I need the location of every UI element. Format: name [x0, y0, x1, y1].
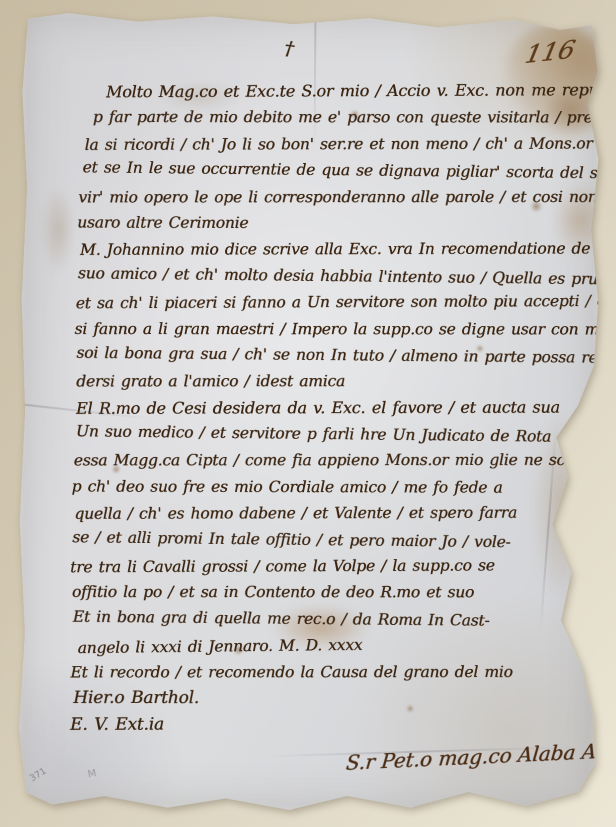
letter-line-5: vir' mio opero le ope li corresponderann…	[78, 184, 597, 211]
letter-line-22: angelo li xxxi di Jennaro. M. D. xxxx	[77, 629, 594, 661]
cross-mark: †	[283, 37, 295, 60]
letter-line-7: M. Johannino mio dice scrive alla Exc. v…	[80, 236, 597, 264]
letter-line-2: p far parte de mio debito me e' parso co…	[93, 104, 598, 131]
manuscript-page: † 116 Molto Mag.co et Exc.te S.or mio / …	[18, 12, 601, 812]
paper-shadow-wrap: † 116 Molto Mag.co et Exc.te S.or mio / …	[18, 12, 601, 812]
letter-line-13: El R.mo de Cesi desidera da v. Exc. el f…	[76, 394, 596, 422]
letter-line-15: essa Magg.ca Cipta / come fia appieno Mo…	[74, 447, 596, 474]
letter-line-20: offitio la po / et sa in Contento de deo…	[72, 579, 595, 606]
letter-line-25: E. V. Ext.ia	[70, 711, 594, 739]
letter-line-19: tre tra li Cavalli grossi / come la Volp…	[70, 552, 595, 581]
photo-background: † 116 Molto Mag.co et Exc.te S.or mio / …	[0, 0, 616, 827]
letter-line-11: soi la bona gra sua / ch' se non In tuto…	[76, 340, 596, 371]
letter-line-16: p ch' deo suo fre es mio Cordiale amico …	[72, 473, 596, 501]
pencil-annotation-letter: M	[87, 768, 98, 781]
letter-line-1: Molto Mag.co et Exc.te S.or mio / Accio …	[106, 77, 598, 106]
signature: S.r Pet.o mag.co Alaba Ar	[345, 739, 607, 775]
letter-line-24: Hier.o Barthol.	[73, 685, 594, 712]
letter-line-9: et sa ch' li piaceri si fanno a Un servi…	[76, 288, 597, 317]
letter-line-12: dersi grato a l'amico / idest amica	[76, 368, 596, 395]
letter-line-23: Et li recordo / et recomendo la Causa de…	[70, 659, 594, 686]
letter-line-4: et se In le sue occurrentie de qua se di…	[82, 154, 597, 186]
letter-line-10: si fanno a li gran maestri / Impero la s…	[74, 315, 596, 342]
pencil-annotation-number: 371	[28, 767, 48, 785]
letter-line-14: Un suo medico / et servitore p farli hre…	[76, 418, 596, 450]
letter-body: Molto Mag.co et Exc.te S.or mio / Accio …	[72, 77, 598, 740]
folio-number: 116	[523, 35, 578, 69]
stain-left-edge	[41, 184, 76, 274]
letter-line-18: se / et alli promi In tale offitio / et …	[72, 524, 595, 556]
letter-line-17: quella / ch' es homo dabene / et Valente…	[74, 500, 595, 528]
letter-line-3: la si ricordi / ch' Jo li so bon' ser.re…	[85, 130, 598, 158]
letter-line-6: usaro altre Cerimonie	[77, 209, 597, 237]
